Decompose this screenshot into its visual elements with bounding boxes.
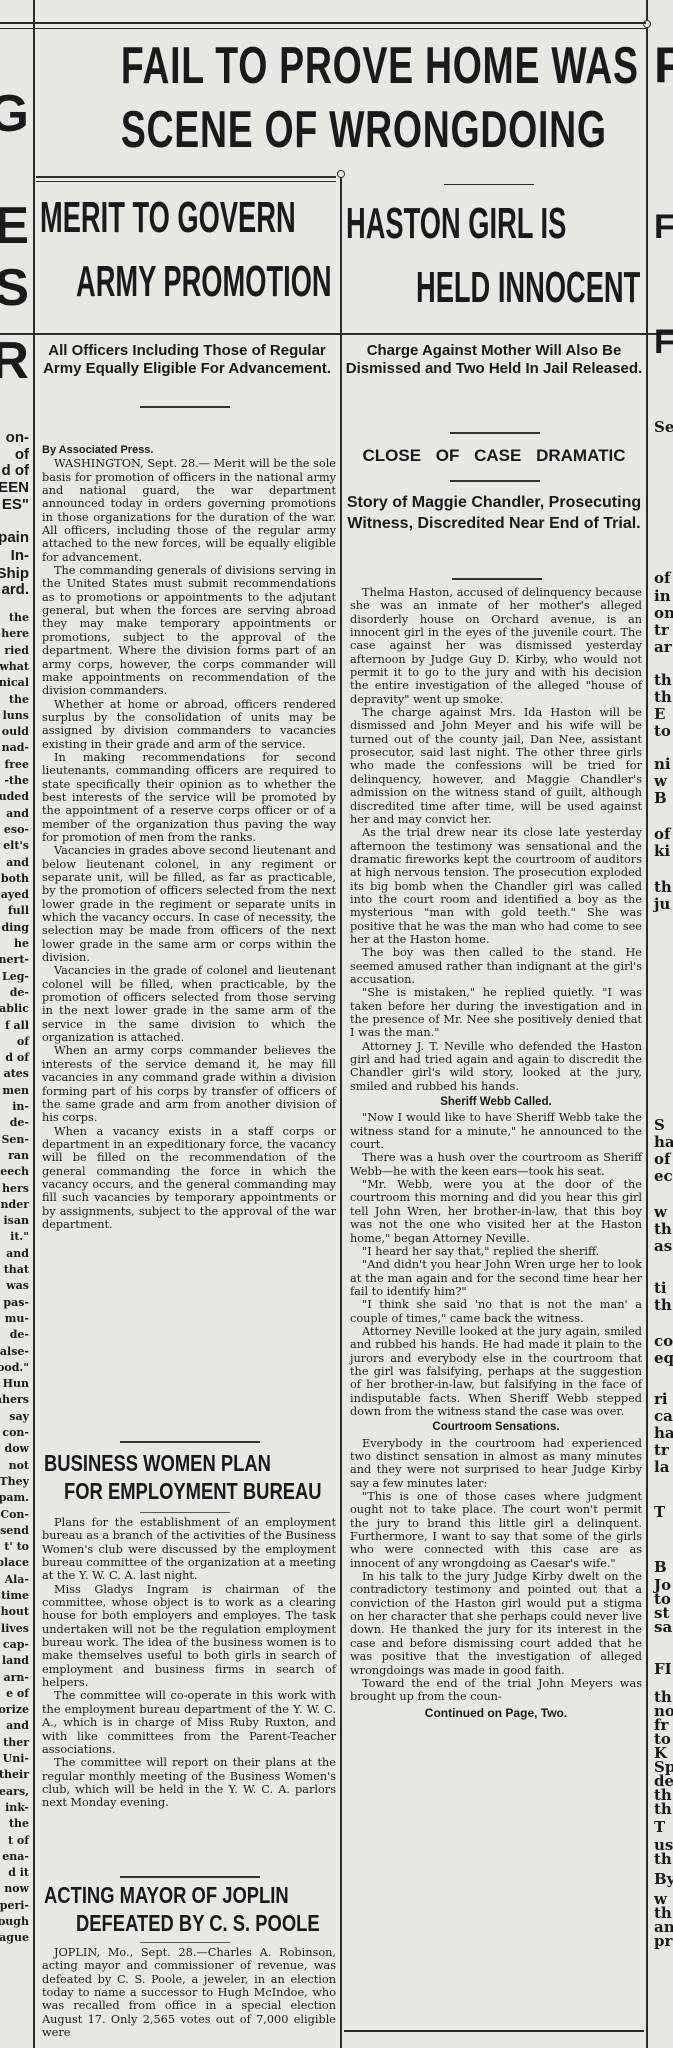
fragment-text: ES" [2, 497, 29, 512]
fragment-text: th [654, 1802, 672, 1817]
business-headline-line1: BUSINESS WOMEN PLAN [44, 1450, 271, 1477]
crosshead-sheriff-webb: Sheriff Webb Called. [350, 1096, 642, 1109]
fragment-text: eech [0, 1166, 29, 1177]
fragment-text: and [6, 1720, 29, 1731]
fragment-text: ha [654, 1426, 673, 1441]
fragment-text: th [654, 1852, 672, 1867]
fragment-text: of [654, 1152, 670, 1167]
fragment-text: E [0, 200, 29, 252]
fragment-text: orize [0, 1704, 29, 1715]
column-rule-center [340, 175, 342, 2048]
fragment-text: de- [10, 1329, 29, 1340]
paragraph: The commanding generals of divisions ser… [42, 564, 336, 697]
fragment-text: pr [654, 1934, 672, 1949]
fragment-text: he [14, 938, 29, 949]
fragment-text: ink- [5, 1802, 29, 1813]
fragment-text: what [0, 661, 29, 672]
fragment-text: uded [0, 791, 29, 802]
fragment-text: it." [10, 1231, 29, 1242]
fragment-text: ena- [2, 1851, 29, 1862]
fragment-text: de- [10, 1117, 29, 1128]
fragment-text: the [9, 694, 29, 705]
fragment-text: send [0, 1525, 29, 1536]
paragraph: "She is mistaken," he replied quietly. "… [350, 986, 642, 1039]
headline-rule [140, 1512, 230, 1513]
fragment-text: e of [6, 1688, 29, 1699]
banner-bottom-rule [36, 176, 336, 178]
fragment-text: w [654, 1205, 667, 1220]
story-separator [120, 1441, 260, 1443]
fragment-text: eq [654, 1351, 673, 1366]
fragment-text: ard. [1, 582, 29, 597]
fragment-text: pas- [3, 1297, 29, 1308]
fragment-text: eso- [4, 824, 29, 835]
fragment-text: ough [0, 1916, 29, 1927]
fragment-text: dow [5, 1443, 30, 1454]
top-rule [0, 22, 646, 24]
fragment-text: ha [654, 1135, 673, 1150]
fragment-text: Uni- [3, 1753, 29, 1764]
fragment-text: luns [3, 710, 29, 721]
fragment-text: th [654, 690, 672, 705]
top-rule-thin [0, 28, 646, 29]
fragment-text: ki [654, 844, 670, 859]
paragraph: The committee will co-operate in this wo… [42, 1689, 336, 1756]
left-deck: All Officers Including Those of Regular … [38, 342, 336, 378]
paragraph: Attorney J. T. Neville who defended the … [350, 1040, 642, 1093]
fragment-text: free [4, 759, 29, 770]
fragment-text: lives [1, 1623, 29, 1634]
fragment-text: f all [5, 1020, 29, 1031]
fragment-text: sa [654, 1620, 672, 1635]
fragment-text: EEN [0, 480, 29, 495]
fragment-text: Hun [3, 1378, 29, 1389]
fragment-text: t of [8, 1835, 29, 1846]
fragment-text: in- [12, 1101, 29, 1112]
right-headline-line2: HELD INNOCENT [416, 264, 640, 312]
column-rule-right [646, 0, 648, 2048]
story-separator [120, 1876, 260, 1878]
fragment-text: ca [654, 1409, 673, 1424]
joplin-article-body: JOPLIN, Mo., Sept. 28.—Charles A. Robins… [42, 1946, 336, 2039]
adjacent-column-left: GESERon-ofd ofEENES"painIn-Shipard.thehe… [0, 0, 32, 2048]
fragment-text: ti [654, 1281, 667, 1296]
left-headline-line2: ARMY PROMOTION [76, 258, 332, 306]
fragment-text: not [9, 1460, 29, 1471]
fragment-text: was [6, 1280, 29, 1291]
right-article-body: Thelma Haston, accused of delinquency be… [350, 586, 642, 1720]
headline-bottom-rule [0, 333, 673, 335]
paragraph: "This is one of those cases where judgme… [350, 1490, 642, 1570]
right-deck-2: Story of Maggie Chandler, Prosecuting Wi… [346, 492, 642, 534]
bottom-rule [344, 2030, 644, 2032]
fragment-text: here [1, 628, 29, 639]
left-headline-line1: MERIT TO GOVERN [40, 194, 296, 242]
business-headline-line2: FOR EMPLOYMENT BUREAU [64, 1478, 322, 1505]
fragment-text: d it [8, 1867, 29, 1878]
fragment-text: ates [4, 1068, 29, 1079]
fragment-text: P [654, 40, 673, 90]
column-rule-left [33, 0, 35, 2048]
right-headline-line1: HASTON GIRL IS [346, 200, 566, 248]
right-deck: Charge Against Mother Will Also Be Dismi… [344, 342, 644, 378]
paragraph: "And didn't you hear John Wren urge her … [350, 1258, 642, 1298]
fragment-text: and [6, 1248, 29, 1259]
fragment-text: and [6, 857, 29, 868]
paragraph: "I heard her say that," replied the sher… [350, 1245, 642, 1258]
fragment-text: Con- [0, 1509, 29, 1520]
fragment-text: th [654, 673, 672, 688]
paragraph: The charge against Mrs. Ida Haston will … [350, 706, 642, 826]
paragraph: When an army corps commander believes th… [42, 1044, 336, 1124]
fragment-text: FI [654, 1662, 672, 1677]
fragment-text: Ala- [5, 1574, 29, 1585]
fragment-text: ding [1, 922, 29, 933]
paragraph: "Mr. Webb, were you at the door of the c… [350, 1178, 642, 1245]
fragment-text: la [654, 1460, 669, 1475]
fragment-text: cap- [3, 1639, 29, 1650]
fragment-text: of [17, 1036, 29, 1047]
fragment-text: F [654, 325, 673, 359]
fragment-text: hout [1, 1606, 29, 1617]
fragment-text: S [0, 262, 29, 314]
fragment-text: on- [6, 430, 29, 445]
fragment-text: S [654, 1118, 665, 1133]
fragment-text: th [654, 1298, 672, 1313]
fragment-text: time [1, 1590, 29, 1601]
fragment-text: de- [10, 987, 29, 998]
fragment-text: land [2, 1655, 29, 1666]
fragment-text: of [15, 447, 29, 462]
banner-headline-line2: SCENE OF WRONGDOING [121, 100, 557, 160]
fragment-text: ears, [0, 1786, 29, 1797]
fragment-text: ec [654, 1169, 673, 1184]
fragment-text: F [654, 210, 673, 244]
fragment-text: d of [2, 463, 30, 478]
fragment-text: that [4, 1264, 29, 1275]
fragment-text: ran [8, 1150, 29, 1161]
business-article-body: Plans for the establishment of an employ… [42, 1516, 336, 1810]
fragment-text: B [654, 1560, 667, 1575]
rule-ornament [337, 170, 345, 178]
fragment-text: -the [4, 775, 29, 786]
fragment-text: arn- [4, 1672, 30, 1683]
fragment-text: B [654, 791, 667, 806]
crosshead-courtroom-sensations: Courtroom Sensations. [350, 1421, 642, 1434]
fragment-text: nad- [2, 742, 29, 753]
fragment-text: in [654, 589, 671, 604]
paragraph: In making recommendations for second lie… [42, 751, 336, 844]
fragment-text: mu- [5, 1313, 29, 1324]
fragment-text: In- [11, 548, 29, 563]
joplin-headline-line1: ACTING MAYOR OF JOPLIN [44, 1882, 289, 1909]
fragment-text: the [9, 612, 29, 623]
fragment-text: By [654, 1872, 673, 1887]
paragraph: In his talk to the jury Judge Kirby dwel… [350, 1570, 642, 1677]
paragraph: Miss Gladys Ingram is chairman of the co… [42, 1583, 336, 1690]
fragment-text: ablic [0, 1003, 29, 1014]
fragment-text: tr [654, 1443, 669, 1458]
fragment-text: th [654, 1222, 672, 1237]
paragraph: Everybody in the courtroom had experienc… [350, 1437, 642, 1490]
fragment-text: and [6, 808, 29, 819]
headline-rule [140, 1942, 230, 1943]
fragment-text: ER [0, 335, 29, 387]
fragment-text: of [654, 571, 670, 586]
byline: By Associated Press. [42, 444, 336, 457]
fragment-text: nder [1, 1199, 29, 1210]
deck-rule [140, 406, 230, 408]
fragment-text: They [0, 1476, 29, 1487]
fragment-text: now [4, 1883, 29, 1894]
deck-rule [450, 480, 540, 482]
banner-bottom-rule-thin [36, 181, 336, 182]
paragraph: Plans for the establishment of an employ… [42, 1516, 336, 1583]
fragment-text: ri [654, 1392, 668, 1407]
fragment-text: Ship [0, 566, 29, 581]
fragment-text: their [0, 1769, 29, 1780]
fragment-text: Leg- [2, 971, 29, 982]
fragment-text: t' to [4, 1541, 29, 1552]
fragment-text: Se [654, 420, 673, 435]
fragment-text: pam. [0, 1492, 29, 1503]
paragraph: "I think she said 'no that is not the ma… [350, 1298, 642, 1325]
continued-notice: Continued on Page, Two. [350, 1707, 642, 1720]
fragment-text: alse- [0, 1346, 29, 1357]
fragment-text: both [1, 873, 29, 884]
fragment-text: ood." [0, 1362, 29, 1373]
left-article-body: By Associated Press. WASHINGTON, Sept. 2… [42, 444, 336, 1231]
fragment-text: ried [4, 645, 29, 656]
fragment-text: ni [654, 757, 671, 772]
fragment-text: men [2, 1085, 29, 1096]
fragment-text: nert- [0, 954, 29, 965]
fragment-text: nhers [0, 1394, 29, 1405]
fragment-text: to [654, 724, 671, 739]
fragment-text: as [654, 1239, 672, 1254]
paragraph: The boy was then called to the stand. He… [350, 946, 642, 986]
paragraph: Attorney Neville looked at the jury agai… [350, 1325, 642, 1418]
fragment-text: hers [2, 1183, 29, 1194]
paragraph: When a vacancy exists in a staff corps o… [42, 1125, 336, 1232]
fragment-text: ague [0, 1932, 29, 1943]
fragment-text: nical [0, 677, 29, 688]
paragraph: There was a hush over the courtroom as S… [350, 1151, 642, 1178]
fragment-text: E [654, 707, 665, 722]
fragment-text: ayed [1, 889, 29, 900]
fragment-text: say [9, 1411, 29, 1422]
fragment-text: Sen- [1, 1134, 29, 1145]
fragment-text: of [654, 827, 670, 842]
deck-rule [450, 432, 540, 434]
fragment-text: T [654, 1505, 665, 1520]
fragment-text: place [0, 1557, 29, 1568]
fragment-text: G [0, 88, 29, 140]
paragraph: Vacancies in grades above second lieuten… [42, 844, 336, 964]
paragraph: WASHINGTON, Sept. 28.— Merit will be the… [42, 457, 336, 564]
fragment-text: th [654, 880, 672, 895]
paragraph: Vacancies in the grade of colonel and li… [42, 964, 336, 1044]
fragment-text: the [9, 1818, 29, 1829]
newspaper-page: FAIL TO PROVE HOME WAS SCENE OF WRONGDOI… [0, 0, 673, 2048]
short-rule [444, 184, 534, 185]
fragment-text: T [654, 1820, 665, 1835]
fragment-text: d of [5, 1052, 29, 1063]
fragment-text: pain [0, 530, 29, 545]
paragraph: Whether at home or abroad, officers rend… [42, 698, 336, 751]
paragraph: Toward the end of the trial John Meyers … [350, 1677, 642, 1704]
fragment-text: ar [654, 640, 672, 655]
deck-rule [452, 578, 542, 580]
fragment-text: full [8, 905, 29, 916]
paragraph: JOPLIN, Mo., Sept. 28.—Charles A. Robins… [42, 1946, 336, 2039]
fragment-text: ther [3, 1737, 29, 1748]
fragment-text: on [654, 606, 673, 621]
fragment-text: w [654, 774, 667, 789]
banner-headline-line1: FAIL TO PROVE HOME WAS [121, 36, 557, 96]
fragment-text: tr [654, 623, 669, 638]
fragment-text: ju [654, 897, 670, 912]
fragment-text: isan [4, 1215, 30, 1226]
fragment-text: elt's [3, 840, 29, 851]
fragment-text: ould [2, 726, 29, 737]
fragment-text: co [654, 1334, 673, 1349]
paragraph: Thelma Haston, accused of delinquency be… [350, 586, 642, 706]
fragment-text: con- [2, 1427, 29, 1438]
paragraph: "Now I would like to have Sheriff Webb t… [350, 1111, 642, 1151]
joplin-headline-line2: DEFEATED BY C. S. POOLE [76, 1910, 320, 1937]
adjacent-column-right: PFFSeofinontrarththEtoniwBofkithjuShaofe… [650, 0, 673, 2048]
paragraph: The committee will report on their plans… [42, 1756, 336, 1809]
fragment-text: peri- [0, 1900, 29, 1911]
right-subhead: CLOSE OF CASE DRAMATIC [346, 446, 642, 466]
paragraph: As the trial drew near its close late ye… [350, 826, 642, 946]
